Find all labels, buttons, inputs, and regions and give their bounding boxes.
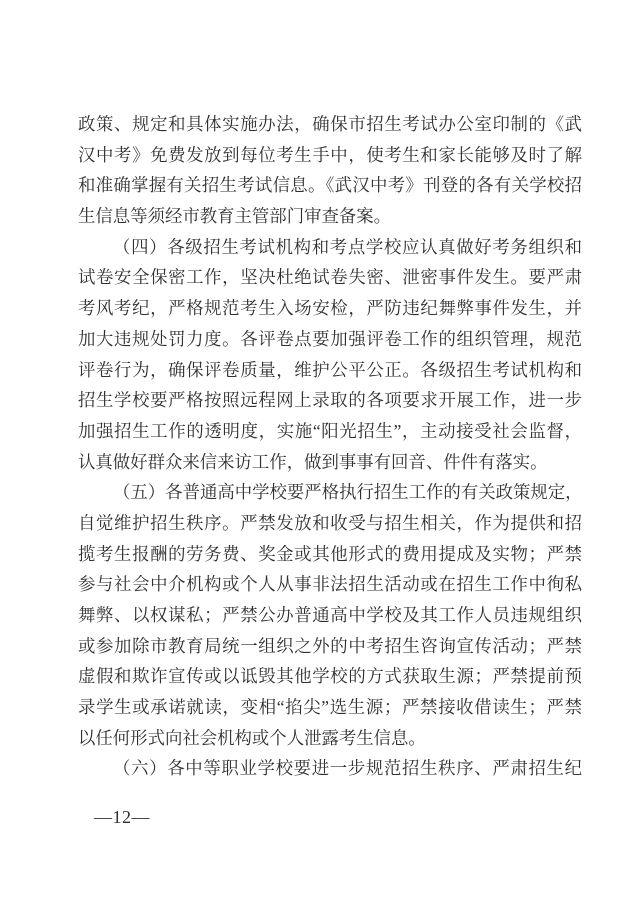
text-line: 试卷安全保密工作，坚决杜绝试卷失密、泄密事件发生。要严肃 xyxy=(78,262,582,293)
document-page: 政策、规定和具体实施办法，确保市招生考试办公室印制的《武汉中考》免费发放到每位考… xyxy=(0,0,636,900)
text-line: （六）各中等职业学校要进一步规范招生秩序、严肃招生纪 xyxy=(78,753,582,784)
text-line: （四）各级招生考试机构和考点学校应认真做好考务组织和 xyxy=(78,232,582,263)
text-line: 汉中考》免费发放到每位考生手中，使考生和家长能够及时了解 xyxy=(78,140,582,171)
text-line: 政策、规定和具体实施办法，确保市招生考试办公室印制的《武 xyxy=(78,109,582,140)
page-number: —12— xyxy=(94,807,150,828)
text-line: 揽考生报酬的劳务费、奖金或其他形式的费用提成及实物；严禁 xyxy=(78,539,582,570)
text-line: 舞弊、以权谋私；严禁公办普通高中学校及其工作人员违规组织 xyxy=(78,600,582,631)
paragraph: （六）各中等职业学校要进一步规范招生秩序、严肃招生纪 xyxy=(78,753,582,784)
text-line: 以任何形式向社会机构或个人泄露考生信息。 xyxy=(78,723,582,754)
text-line: 或参加除市教育局统一组织之外的中考招生咨询宣传活动；严禁 xyxy=(78,631,582,662)
text-line: 认真做好群众来信来访工作，做到事事有回音、件件有落实。 xyxy=(78,447,582,478)
text-line: （五）各普通高中学校要严格执行招生工作的有关政策规定， xyxy=(78,477,582,508)
text-line: 录学生或承诺就读，变相“掐尖”选生源；严禁接收借读生；严禁 xyxy=(78,692,582,723)
text-line: 生信息等须经市教育主管部门审查备案。 xyxy=(78,201,582,232)
paragraph: 政策、规定和具体实施办法，确保市招生考试办公室印制的《武汉中考》免费发放到每位考… xyxy=(78,109,582,232)
paragraph: （四）各级招生考试机构和考点学校应认真做好考务组织和试卷安全保密工作，坚决杜绝试… xyxy=(78,232,582,478)
text-line: 自觉维护招生秩序。严禁发放和收受与招生相关，作为提供和招 xyxy=(78,508,582,539)
text-line: 考风考纪，严格规范考生入场安检，严防违纪舞弊事件发生，并 xyxy=(78,293,582,324)
text-line: 虚假和欺诈宣传或以诋毁其他学校的方式获取生源；严禁提前预 xyxy=(78,661,582,692)
text-line: 评卷行为，确保评卷质量，维护公平公正。各级招生考试机构和 xyxy=(78,355,582,386)
text-line: 参与社会中介机构或个人从事非法招生活动或在招生工作中徇私 xyxy=(78,569,582,600)
text-line: 加大违规处罚力度。各评卷点要加强评卷工作的组织管理，规范 xyxy=(78,324,582,355)
text-line: 和准确掌握有关招生考试信息。《武汉中考》刊登的各有关学校招 xyxy=(78,170,582,201)
paragraph: （五）各普通高中学校要严格执行招生工作的有关政策规定，自觉维护招生秩序。严禁发放… xyxy=(78,477,582,753)
text-line: 加强招生工作的透明度，实施“阳光招生”，主动接受社会监督， xyxy=(78,416,582,447)
text-line: 招生学校要严格按照远程网上录取的各项要求开展工作，进一步 xyxy=(78,385,582,416)
document-body: 政策、规定和具体实施办法，确保市招生考试办公室印制的《武汉中考》免费发放到每位考… xyxy=(78,109,582,784)
